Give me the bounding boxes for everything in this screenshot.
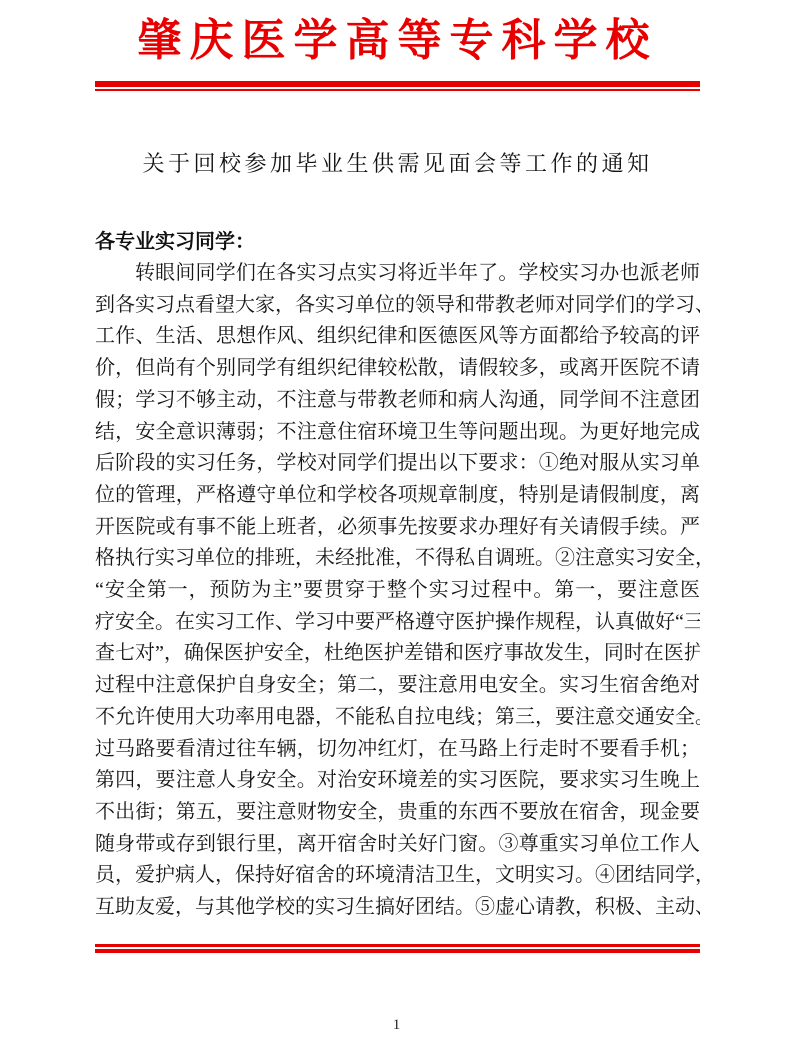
letterhead-school-name: 肇庆医学高等专科学校 <box>95 12 700 70</box>
letterhead-double-rule <box>95 81 700 91</box>
body-line: 价，但尚有个别同学有组织纪律较松散，请假较多，或离开医院不请 <box>95 353 700 385</box>
letterhead-rule-thin <box>95 89 700 91</box>
body-line: 员，爱护病人，保持好宿舍的环境清洁卫生，文明实习。④团结同学， <box>95 860 700 892</box>
page-number: 1 <box>0 1016 793 1034</box>
body-line: 位的管理，严格遵守单位和学校各项规章制度，特别是请假制度，离 <box>95 480 700 512</box>
body-line: 到各实习点看望大家，各实习单位的领导和带教老师对同学们的学习、 <box>95 290 700 322</box>
body-line: 转眼间同学们在各实习点实习将近半年了。学校实习办也派老师 <box>95 258 700 290</box>
body-line: 过程中注意保护自身安全；第二，要注意用电安全。实习生宿舍绝对 <box>95 670 700 702</box>
body-line: 不允许使用大功率用电器，不能私自拉电线；第三，要注意交通安全。 <box>95 702 700 734</box>
body-line: 工作、生活、思想作风、组织纪律和医德医风等方面都给予较高的评 <box>95 321 700 353</box>
body-line: 查七对”，确保医护安全，杜绝医护差错和医疗事故发生，同时在医护 <box>95 638 700 670</box>
document-title: 关于回校参加毕业生供需见面会等工作的通知 <box>95 148 700 180</box>
body-line: 不出街；第五，要注意财物安全，贵重的东西不要放在宿舍，现金要 <box>95 797 700 829</box>
body-line: 格执行实习单位的排班，未经批准，不得私自调班。②注意实习安全， <box>95 543 700 575</box>
body-line: 结，安全意识薄弱；不注意住宿环境卫生等问题出现。为更好地完成 <box>95 417 700 449</box>
body-line: 疗安全。在实习工作、学习中要严格遵守医护操作规程，认真做好“三 <box>95 607 700 639</box>
footer-rule-thick <box>95 949 700 953</box>
document-page: 肇庆医学高等专科学校 关于回校参加毕业生供需见面会等工作的通知 各专业实习同学：… <box>0 0 793 1040</box>
body-line: 互助友爱，与其他学校的实习生搞好团结。⑤虚心请教，积极、主动、 <box>95 892 700 924</box>
body-line: “安全第一，预防为主”要贯穿于整个实习过程中。第一，要注意医 <box>95 575 700 607</box>
body-line: 开医院或有事不能上班者，必须事先按要求办理好有关请假手续。严 <box>95 512 700 544</box>
document-body: 转眼间同学们在各实习点实习将近半年了。学校实习办也派老师到各实习点看望大家，各实… <box>95 258 700 924</box>
body-line: 过马路要看清过往车辆，切勿冲红灯，在马路上行走时不要看手机； <box>95 734 700 766</box>
body-line: 随身带或存到银行里，离开宿舍时关好门窗。③尊重实习单位工作人 <box>95 829 700 861</box>
body-line: 假；学习不够主动，不注意与带教老师和病人沟通，同学间不注意团 <box>95 385 700 417</box>
body-line: 第四，要注意人身安全。对治安环境差的实习医院，要求实习生晚上 <box>95 765 700 797</box>
salutation: 各专业实习同学： <box>95 226 700 258</box>
body-line: 后阶段的实习任务，学校对同学们提出以下要求：①绝对服从实习单 <box>95 448 700 480</box>
footer-double-rule <box>95 944 700 953</box>
